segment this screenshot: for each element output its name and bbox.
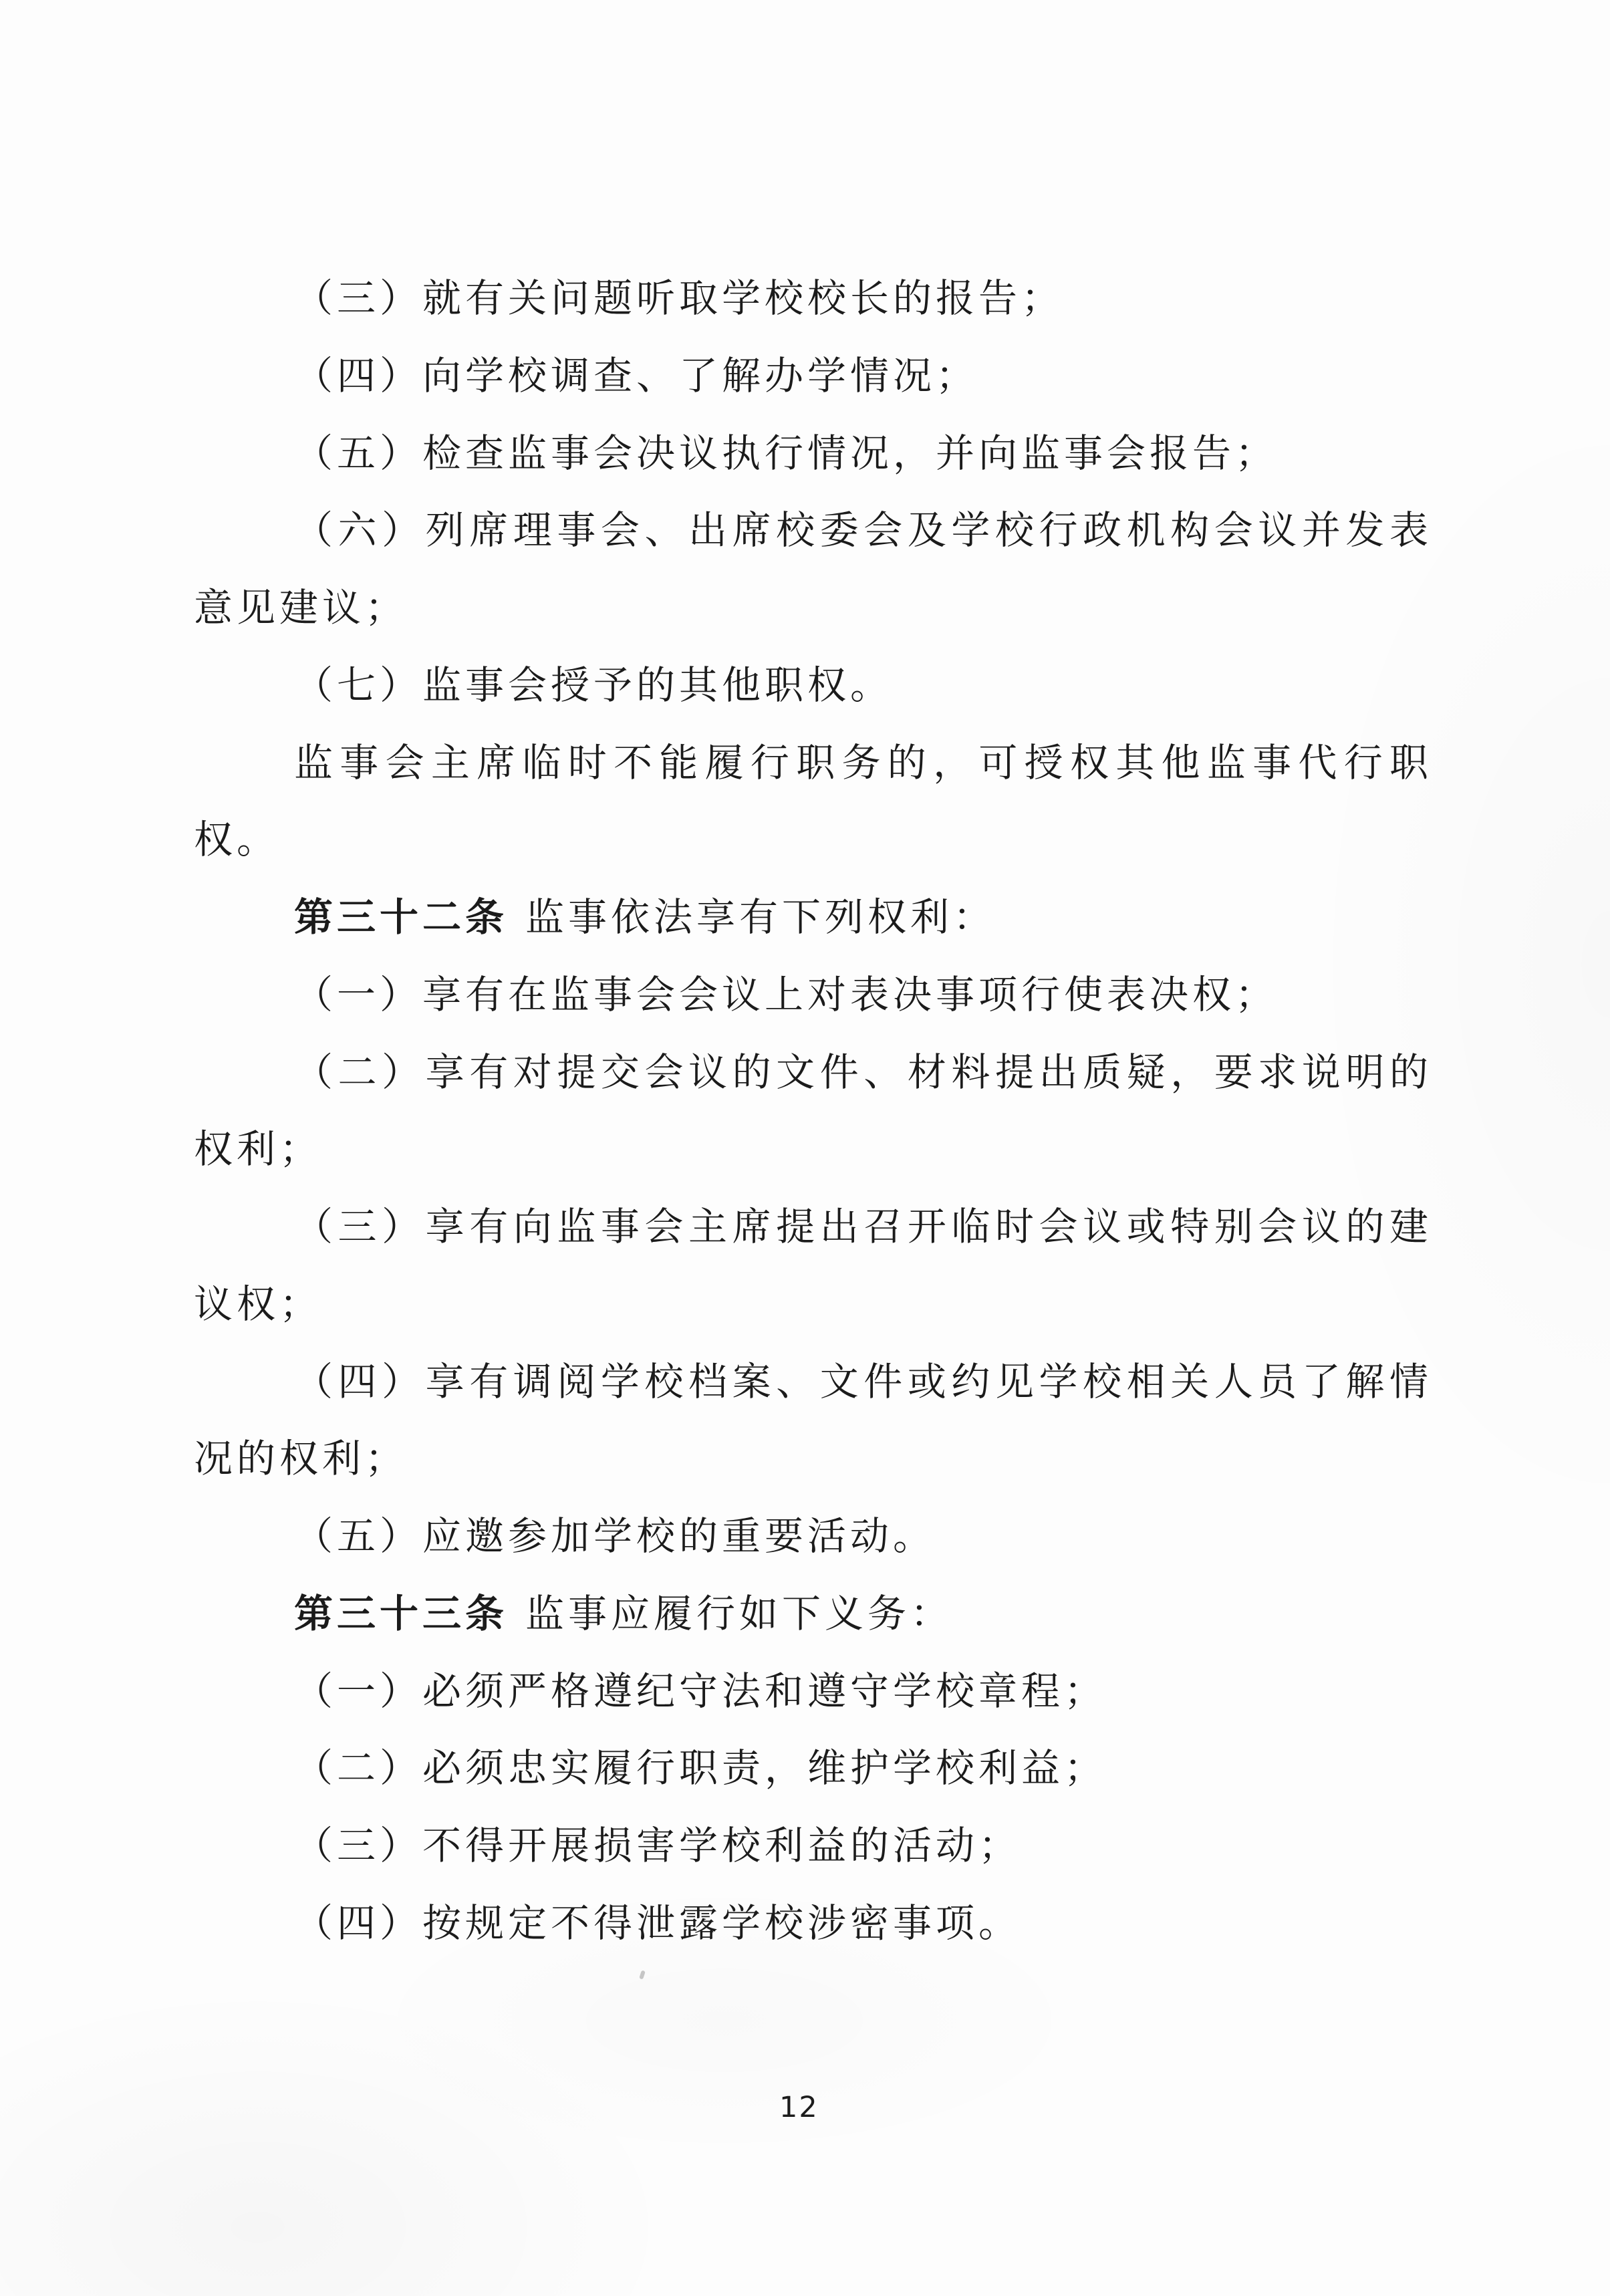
article-number: 第三十三条 — [294, 1592, 508, 1636]
text-line: （三）就有关问题听取学校校长的报告； — [194, 277, 1432, 320]
text-line: （二）必须忠实履行职责，维护学校利益； — [194, 1747, 1432, 1790]
text-line: 监事会主席临时不能履行职务的，可授权其他监事代行职 — [194, 742, 1432, 785]
page-number: 12 — [779, 2092, 819, 2123]
text-line: 第三十三条监事应履行如下义务： — [194, 1593, 1432, 1636]
text-line: （五）应邀参加学校的重要活动。 — [194, 1515, 1432, 1558]
text-line: （四）按规定不得泄露学校涉密事项。 — [194, 1902, 1432, 1945]
text-line: （七）监事会授予的其他职权。 — [194, 664, 1432, 707]
text-line: 况的权利； — [194, 1438, 1432, 1481]
text-line: 权。 — [194, 819, 1432, 862]
text-line: （一）享有在监事会会议上对表决事项行使表决权； — [194, 974, 1432, 1017]
text-line: 意见建议； — [194, 587, 1432, 630]
text-line: （四）享有调阅学校档案、文件或约见学校相关人员了解情 — [194, 1361, 1432, 1404]
text-line: （一）必须严格遵纪守法和遵守学校章程； — [194, 1670, 1432, 1713]
document-body: （三）就有关问题听取学校校长的报告；（四）向学校调查、了解办学情况；（五）检查监… — [194, 0, 1432, 2296]
text-line: （二）享有对提交会议的文件、材料提出质疑，要求说明的 — [194, 1051, 1432, 1094]
text-line: （五）检查监事会决议执行情况，并向监事会报告； — [194, 432, 1432, 475]
document-page: （三）就有关问题听取学校校长的报告；（四）向学校调查、了解办学情况；（五）检查监… — [0, 0, 1610, 2296]
text-line: 权利； — [194, 1128, 1432, 1171]
text-line: （四）向学校调查、了解办学情况； — [194, 355, 1432, 398]
article-number: 第三十二条 — [294, 896, 508, 939]
text-line: （三）不得开展损害学校利益的活动； — [194, 1825, 1432, 1868]
text-line: （六）列席理事会、出席校委会及学校行政机构会议并发表 — [194, 509, 1432, 552]
text-line: （三）享有向监事会主席提出召开临时会议或特别会议的建 — [194, 1206, 1432, 1249]
text-line: 议权； — [194, 1283, 1432, 1326]
text-line: 第三十二条监事依法享有下列权利： — [194, 896, 1432, 939]
